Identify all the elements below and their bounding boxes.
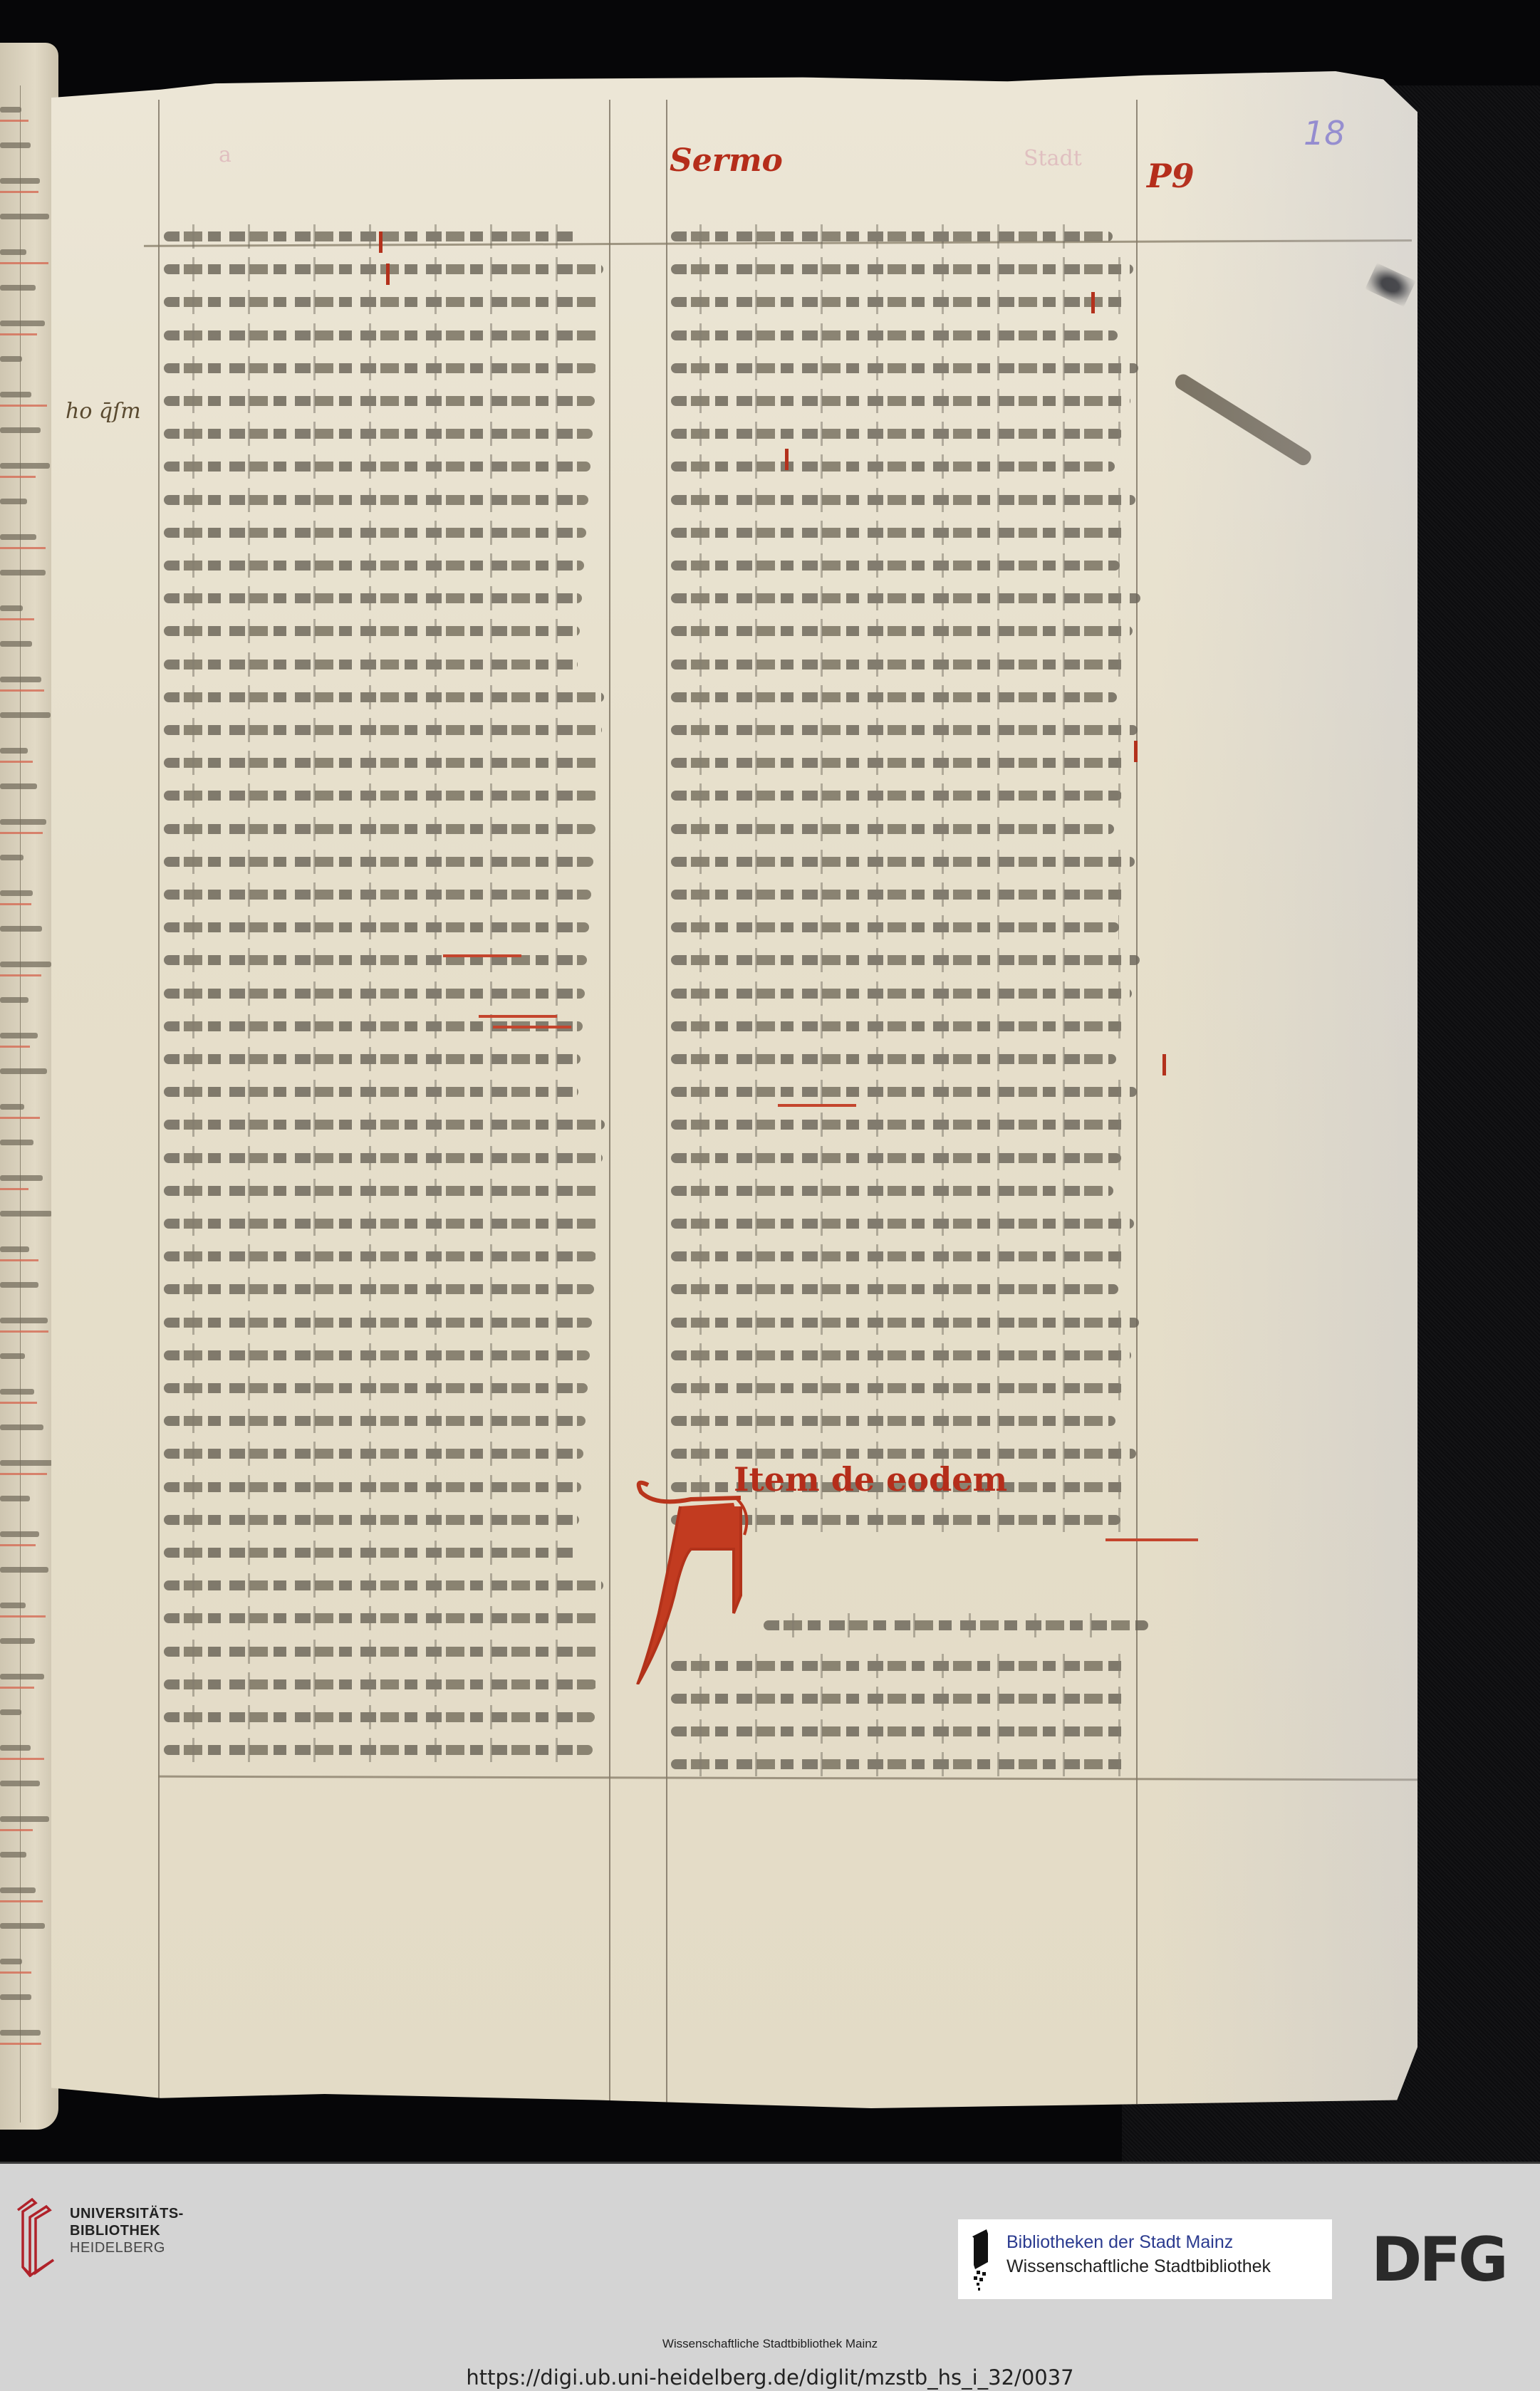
script-line — [671, 1251, 1126, 1261]
script-line — [671, 1153, 1121, 1163]
facing-script — [0, 249, 26, 255]
script-line — [164, 462, 590, 472]
facing-script — [0, 499, 27, 504]
script-line — [671, 1186, 1113, 1196]
script-line — [164, 593, 582, 603]
facing-red-rule — [0, 903, 31, 905]
mainz-library-logo[interactable]: Bibliotheken der Stadt Mainz Wissenschaf… — [958, 2219, 1332, 2299]
ub-logo-line1: UNIVERSITÄTS- — [70, 2205, 184, 2222]
facing-red-rule — [0, 547, 46, 549]
facing-red-rule — [0, 1829, 33, 1831]
script-line — [671, 758, 1130, 768]
script-line — [164, 758, 600, 768]
faded-stamp-right: Stadt — [1024, 146, 1082, 171]
footer: UNIVERSITÄTS- BIBLIOTHEK HEIDELBERG Bibl… — [0, 2162, 1540, 2391]
holding-institution-caption: Wissenschaftliche Stadtbibliothek Mainz — [0, 2337, 1540, 2351]
facing-red-rule — [0, 1758, 44, 1760]
faded-stamp-left: a — [219, 142, 231, 167]
script-line — [164, 890, 591, 900]
script-line — [164, 1482, 581, 1492]
facing-red-rule — [0, 761, 33, 763]
script-line — [671, 1318, 1139, 1328]
script-line — [671, 561, 1120, 571]
running-number: P9 — [1147, 157, 1195, 195]
facing-script — [0, 855, 24, 860]
facing-script — [0, 1353, 25, 1359]
red-underline — [778, 1104, 856, 1107]
script-line — [671, 231, 1113, 241]
facing-red-rule — [0, 191, 38, 193]
facing-script — [0, 1389, 34, 1395]
marginal-note: ho q̄ſm — [66, 399, 141, 424]
facing-red-rule — [0, 1402, 37, 1404]
script-line — [164, 660, 578, 670]
script-line — [164, 1251, 596, 1261]
script-line — [671, 396, 1130, 406]
red-underline — [443, 954, 521, 957]
script-line — [671, 922, 1119, 932]
facing-script — [0, 1674, 44, 1679]
folio-number: 18 — [1304, 114, 1346, 152]
script-line — [164, 1515, 579, 1525]
facing-script — [0, 1496, 30, 1501]
mainz-logo-line1: Bibliotheken der Stadt Mainz — [1006, 2232, 1233, 2253]
script-line — [164, 824, 595, 834]
script-line — [164, 922, 589, 932]
book-icon — [967, 2228, 995, 2292]
facing-red-rule — [0, 1330, 48, 1333]
script-line — [671, 1726, 1127, 1736]
script-line — [671, 1350, 1131, 1360]
script-line — [164, 1745, 593, 1755]
red-underline — [1105, 1538, 1198, 1541]
facing-script — [0, 1994, 31, 2000]
facing-script — [0, 962, 51, 967]
script-line — [671, 264, 1133, 274]
script-line — [671, 1694, 1127, 1704]
script-line — [164, 1054, 581, 1064]
facing-script — [0, 570, 46, 575]
script-line — [164, 1219, 598, 1229]
script-line — [164, 495, 588, 505]
facing-script — [0, 677, 41, 682]
ub-logo-line2: BIBLIOTHEK — [70, 2222, 184, 2239]
facing-script — [0, 463, 50, 469]
script-line — [164, 1350, 590, 1360]
facing-script — [0, 1175, 43, 1181]
script-line — [764, 1620, 1148, 1630]
facing-script — [0, 1923, 45, 1929]
red-underline — [493, 1026, 571, 1028]
script-line — [671, 725, 1138, 735]
script-line — [164, 1383, 588, 1393]
script-line — [164, 1186, 600, 1196]
facing-red-rule — [0, 1615, 46, 1618]
script-line — [164, 396, 595, 406]
script-line — [164, 330, 599, 340]
facing-red-rule — [0, 618, 34, 620]
facing-script — [0, 605, 23, 611]
facing-red-rule — [0, 1687, 34, 1689]
script-line — [164, 989, 585, 999]
script-line — [164, 1087, 578, 1097]
facing-script — [0, 321, 45, 326]
facing-script — [0, 712, 51, 718]
script-line — [671, 1087, 1137, 1097]
script-line — [671, 1120, 1129, 1130]
script-line — [671, 1219, 1134, 1229]
red-underline — [479, 1015, 557, 1018]
script-line — [671, 1449, 1136, 1459]
facing-script — [0, 1816, 49, 1822]
facing-script — [0, 534, 36, 540]
rubrication-mark — [785, 449, 789, 470]
script-line — [671, 462, 1115, 472]
script-line — [164, 1613, 601, 1623]
ub-heidelberg-logo-text[interactable]: UNIVERSITÄTS- BIBLIOTHEK HEIDELBERG — [70, 2205, 184, 2256]
facing-script — [0, 1603, 26, 1608]
facing-script — [0, 1887, 36, 1893]
facing-script — [0, 926, 42, 932]
facing-red-rule — [0, 1900, 43, 1902]
facing-red-rule — [0, 1544, 36, 1546]
facing-red-rule — [0, 120, 28, 122]
facing-script — [0, 997, 28, 1003]
facing-red-rule — [0, 262, 48, 264]
script-line — [671, 660, 1125, 670]
script-line — [164, 1120, 605, 1130]
script-line — [671, 593, 1140, 603]
permalink-url[interactable]: https://digi.ub.uni-heidelberg.de/diglit… — [0, 2365, 1540, 2390]
script-line — [164, 1712, 595, 1722]
facing-script — [0, 356, 22, 362]
facing-script — [0, 1460, 53, 1466]
facing-script — [0, 748, 28, 754]
rubrication-mark — [1134, 741, 1138, 762]
facing-red-rule — [0, 2043, 41, 2045]
facing-script — [0, 1638, 35, 1644]
facing-script — [0, 1282, 38, 1288]
script-line — [164, 363, 597, 373]
script-line — [164, 1318, 592, 1328]
script-line — [671, 857, 1135, 867]
facing-page-edge — [0, 43, 58, 2130]
facing-script — [0, 1033, 38, 1038]
facing-script — [0, 1140, 33, 1145]
facing-red-rule — [0, 974, 41, 976]
mainz-logo-line2: Wissenschaftliche Stadtbibliothek — [1006, 2256, 1271, 2277]
script-line — [164, 1284, 594, 1294]
facing-script — [0, 890, 33, 896]
facing-red-rule — [0, 1117, 40, 1119]
facing-red-rule — [0, 832, 43, 834]
script-line — [164, 561, 584, 571]
facing-script — [0, 819, 46, 825]
script-line — [671, 1021, 1124, 1031]
script-line — [671, 330, 1118, 340]
rubrication-mark — [1091, 292, 1095, 313]
script-line — [671, 1054, 1116, 1064]
ink-stroke — [1172, 372, 1313, 468]
rubric-heading: Item de eodem — [734, 1460, 1007, 1499]
script-line — [164, 1449, 583, 1459]
facing-script — [0, 1959, 22, 1964]
facing-script — [0, 142, 31, 148]
facing-red-rule — [0, 1259, 38, 1261]
script-line — [671, 989, 1132, 999]
facing-red-rule — [0, 1046, 30, 1048]
facing-script — [0, 178, 40, 184]
script-line — [164, 1679, 597, 1689]
script-line — [671, 955, 1140, 965]
facing-script — [0, 1852, 26, 1858]
rubrication-mark — [1162, 1054, 1166, 1075]
script-line — [164, 692, 604, 702]
script-line — [671, 890, 1127, 900]
script-line — [164, 1416, 586, 1426]
facing-script — [0, 641, 32, 647]
script-line — [164, 429, 593, 439]
facing-script — [0, 285, 36, 291]
ruling-left-inner — [609, 100, 610, 2108]
facing-script — [0, 1104, 24, 1110]
script-line — [671, 297, 1125, 307]
script-line — [164, 264, 603, 274]
facing-script — [0, 1318, 48, 1323]
facing-red-rule — [0, 1971, 31, 1974]
manuscript-viewer: Sermo P9 18 a Stadt ho q̄ſm Item de eode… — [0, 0, 1540, 2162]
script-line — [671, 824, 1114, 834]
script-line — [164, 231, 577, 241]
ruling-left-outer — [158, 100, 160, 2108]
facing-red-rule — [0, 1188, 28, 1190]
ub-heidelberg-logo-icon — [14, 2196, 71, 2281]
ub-logo-line3: HEIDELBERG — [70, 2239, 184, 2256]
facing-script — [0, 1424, 43, 1430]
manuscript-page: Sermo P9 18 a Stadt ho q̄ſm Item de eode… — [51, 71, 1417, 2108]
facing-script — [0, 214, 49, 219]
running-title: Sermo — [670, 142, 783, 179]
script-line — [164, 955, 587, 965]
facing-script — [0, 1246, 29, 1252]
script-line — [164, 1548, 577, 1558]
facing-script — [0, 1567, 48, 1573]
script-line — [671, 692, 1117, 702]
script-line — [671, 626, 1133, 636]
facing-red-rule — [0, 405, 47, 407]
rubrication-mark — [379, 231, 383, 253]
facing-red-rule — [0, 333, 37, 335]
script-line — [671, 791, 1122, 801]
facing-script — [0, 1745, 31, 1751]
script-line — [164, 857, 593, 867]
facing-script — [0, 427, 41, 433]
script-line — [671, 1383, 1123, 1393]
facing-script — [0, 783, 37, 789]
script-line — [164, 725, 602, 735]
script-line — [671, 1416, 1115, 1426]
facing-script — [0, 1709, 21, 1715]
facing-script — [0, 107, 21, 113]
facing-red-rule — [0, 1473, 47, 1475]
rubrication-mark — [386, 264, 390, 285]
decorated-initial-a — [627, 1471, 762, 1684]
script-line — [164, 791, 598, 801]
ruling-right-inner — [666, 100, 667, 2108]
facing-script — [0, 392, 31, 397]
script-line — [164, 528, 586, 538]
dfg-logo[interactable]: DFG — [1371, 2224, 1506, 2296]
script-line — [164, 297, 601, 307]
facing-script — [0, 1531, 39, 1537]
script-line — [671, 528, 1128, 538]
script-line — [671, 1759, 1127, 1769]
script-line — [164, 1580, 603, 1590]
script-line — [164, 626, 580, 636]
facing-script — [0, 2030, 41, 2036]
script-line — [671, 495, 1135, 505]
script-line — [671, 1284, 1118, 1294]
ink-blot — [1365, 263, 1415, 307]
script-line — [671, 363, 1138, 373]
facing-script — [0, 1068, 47, 1074]
facing-script — [0, 1211, 52, 1217]
facing-red-rule — [0, 689, 44, 692]
facing-red-rule — [0, 476, 36, 478]
script-line — [164, 1153, 603, 1163]
script-line — [671, 429, 1123, 439]
facing-script — [0, 1781, 40, 1786]
script-line — [164, 1647, 599, 1657]
